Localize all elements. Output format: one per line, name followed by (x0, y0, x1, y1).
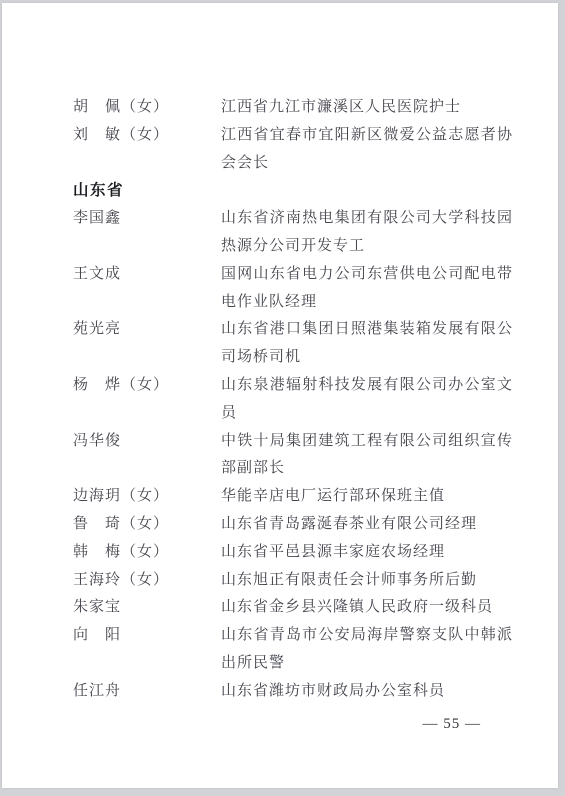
list-row: 边海玥（女） 华能辛店电厂运行部环保班主值 (73, 483, 558, 511)
honor-roll-list: 胡 佩（女） 江西省九江市濂溪区人民医院护士 刘 敏（女） 江西省宜春市宜阳新区… (2, 3, 558, 738)
list-row: 王文成 国网山东省电力公司东营供电公司配电带电作业队经理 (73, 261, 558, 317)
person-name: 李国鑫 (73, 205, 221, 233)
person-name: 边海玥（女） (73, 483, 221, 511)
page-number: — 55 — (73, 711, 558, 739)
list-row: 任江舟 山东省潍坊市财政局办公室科员 (73, 678, 558, 706)
person-name: 韩 梅（女） (73, 539, 221, 567)
person-title: 山东省金乡县兴隆镇人民政府一级科员 (221, 594, 513, 622)
list-row: 向 阳 山东省青岛市公安局海岸警察支队中韩派出所民警 (73, 622, 558, 678)
person-name: 胡 佩（女） (73, 94, 221, 122)
person-name: 冯华俊 (73, 428, 221, 456)
person-title: 山东省青岛露涎春茶业有限公司经理 (221, 511, 513, 539)
list-row: 杨 烨（女） 山东泉港辐射科技发展有限公司办公室文员 (73, 372, 558, 428)
person-title: 江西省宜春市宜阳新区微爱公益志愿者协会会长 (221, 122, 513, 178)
person-name: 刘 敏（女） (73, 122, 221, 150)
person-name: 朱家宝 (73, 594, 221, 622)
list-row: 鲁 琦（女） 山东省青岛露涎春茶业有限公司经理 (73, 511, 558, 539)
person-title: 山东省青岛市公安局海岸警察支队中韩派出所民警 (221, 622, 513, 678)
list-row: 李国鑫 山东省济南热电集团有限公司大学科技园热源分公司开发专工 (73, 205, 558, 261)
list-row: 刘 敏（女） 江西省宜春市宜阳新区微爱公益志愿者协会会长 (73, 122, 558, 178)
person-name: 杨 烨（女） (73, 372, 221, 400)
person-title: 国网山东省电力公司东营供电公司配电带电作业队经理 (221, 261, 513, 317)
person-title: 山东省潍坊市财政局办公室科员 (221, 678, 513, 706)
person-title: 华能辛店电厂运行部环保班主值 (221, 483, 513, 511)
person-title: 中铁十局集团建筑工程有限公司组织宣传部副部长 (221, 428, 513, 484)
list-row: 冯华俊 中铁十局集团建筑工程有限公司组织宣传部副部长 (73, 428, 558, 484)
list-row: 胡 佩（女） 江西省九江市濂溪区人民医院护士 (73, 94, 558, 122)
document-page: 胡 佩（女） 江西省九江市濂溪区人民医院护士 刘 敏（女） 江西省宜春市宜阳新区… (2, 3, 558, 788)
person-title: 山东省平邑县源丰家庭农场经理 (221, 539, 513, 567)
section-header-shandong: 山东省 (73, 177, 558, 205)
person-name: 王海玲（女） (73, 567, 221, 595)
list-row: 苑光亮 山东省港口集团日照港集装箱发展有限公司场桥司机 (73, 316, 558, 372)
person-title: 山东省济南热电集团有限公司大学科技园热源分公司开发专工 (221, 205, 513, 261)
person-name: 苑光亮 (73, 316, 221, 344)
list-row: 王海玲（女） 山东旭正有限责任会计师事务所后勤 (73, 567, 558, 595)
person-title: 山东旭正有限责任会计师事务所后勤 (221, 567, 513, 595)
person-title: 江西省九江市濂溪区人民医院护士 (221, 94, 513, 122)
list-row: 韩 梅（女） 山东省平邑县源丰家庭农场经理 (73, 539, 558, 567)
person-name: 鲁 琦（女） (73, 511, 221, 539)
person-name: 向 阳 (73, 622, 221, 650)
person-title: 山东泉港辐射科技发展有限公司办公室文员 (221, 372, 513, 428)
person-name: 任江舟 (73, 678, 221, 706)
person-title: 山东省港口集团日照港集装箱发展有限公司场桥司机 (221, 316, 513, 372)
person-name: 王文成 (73, 261, 221, 289)
list-row: 朱家宝 山东省金乡县兴隆镇人民政府一级科员 (73, 594, 558, 622)
